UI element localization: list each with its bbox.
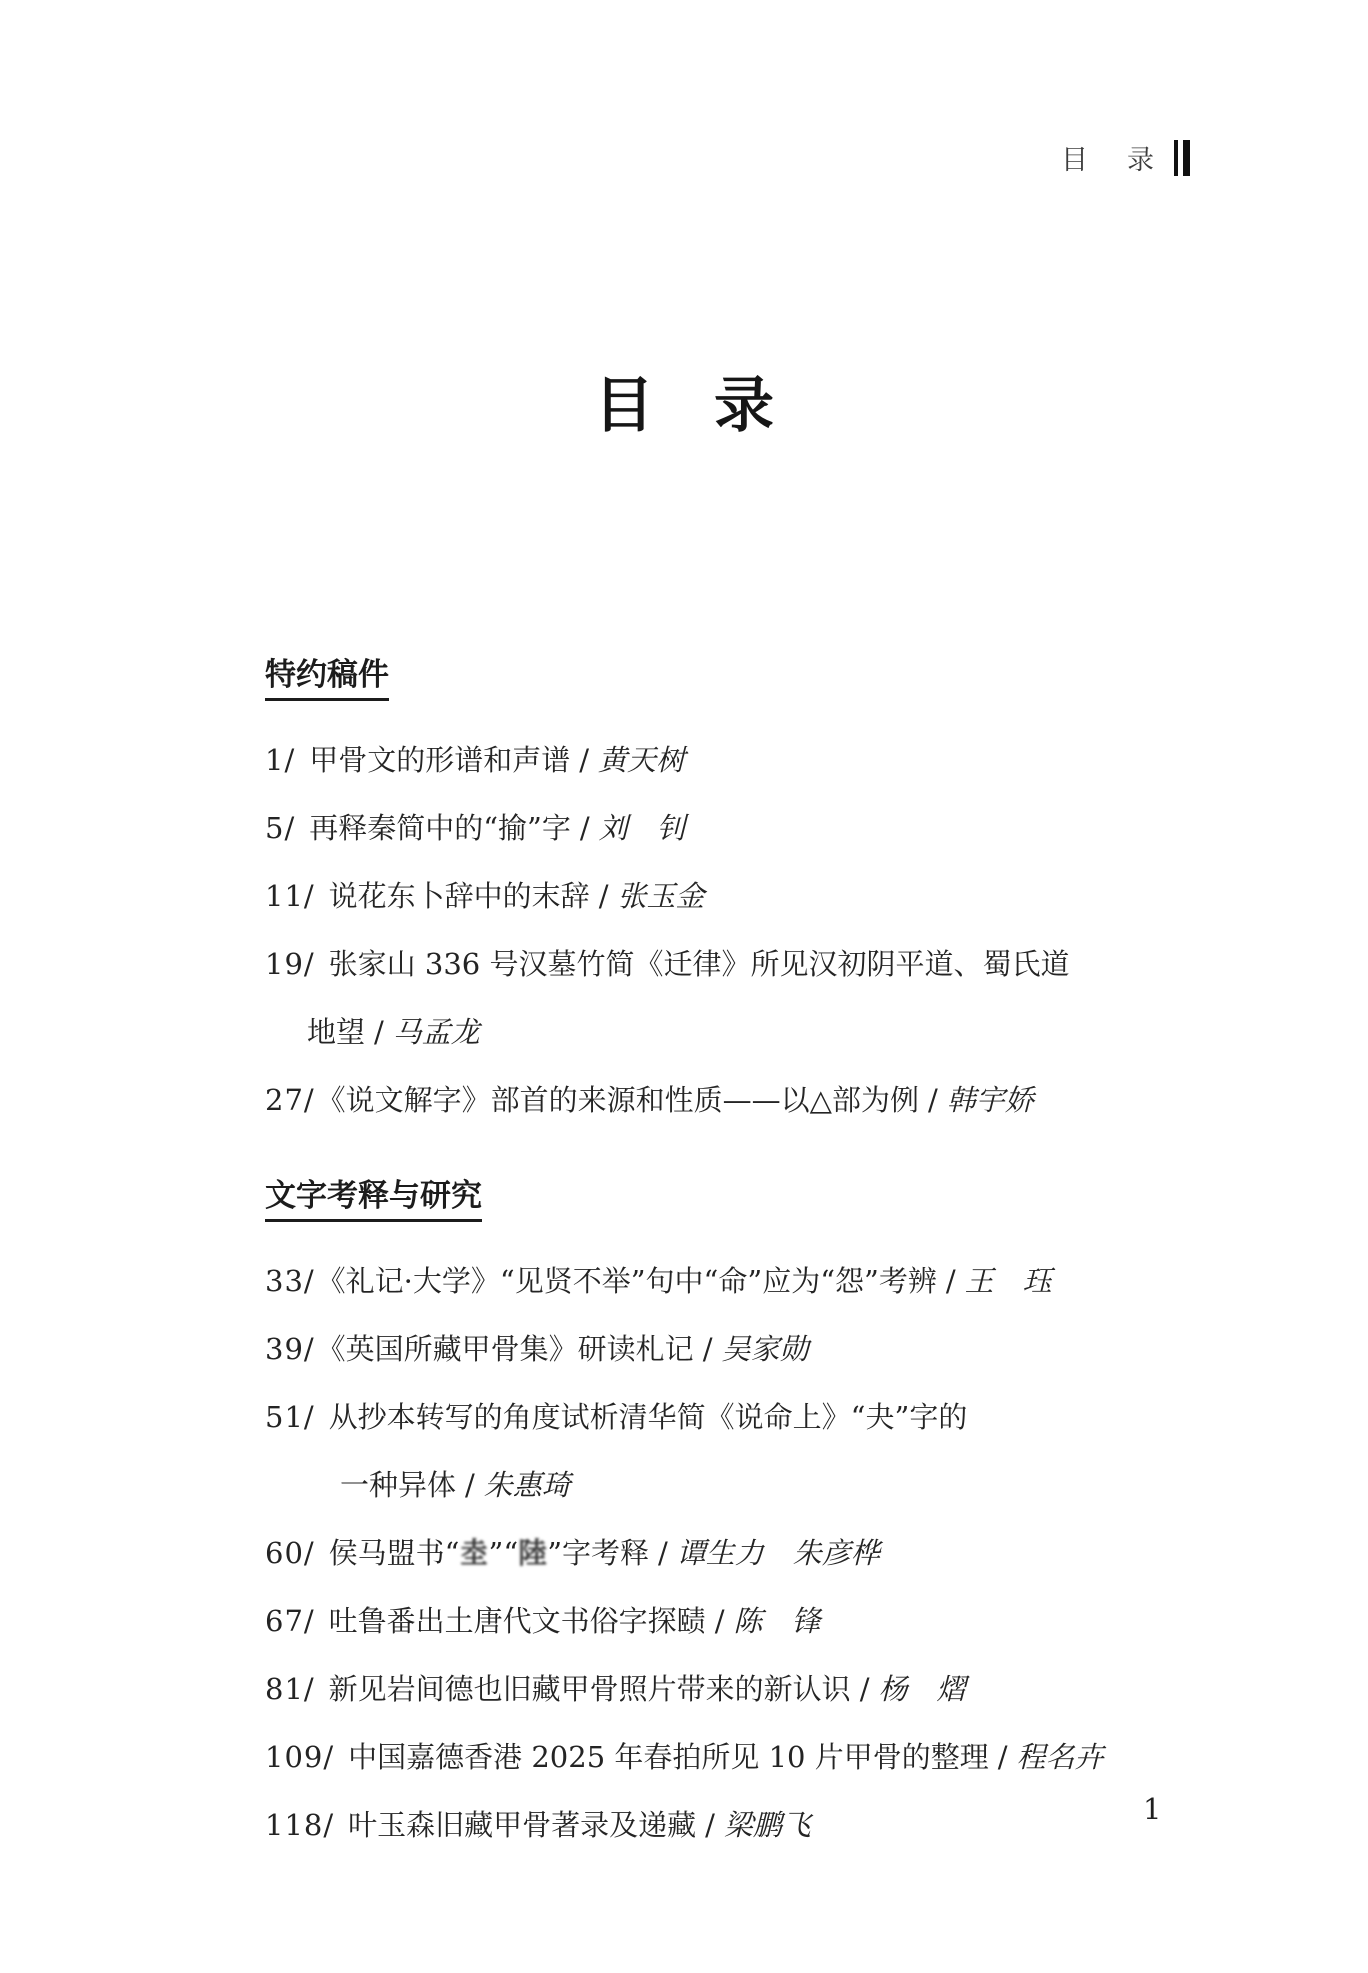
entry-separator: / <box>998 1740 1008 1774</box>
entry-title: 《礼记·大学》“见贤不举”句中“命”应为“怨”考辨 <box>317 1264 937 1298</box>
entry-authors: 程名卉 <box>1016 1740 1103 1774</box>
toc-entry: 11/说花东卜辞中的末辞/张玉金 <box>265 881 1185 912</box>
entry-authors: 谭生力 朱彦桦 <box>677 1536 880 1570</box>
entry-title: 中国嘉德香港 2025 年春拍所见 10 片甲骨的整理 <box>348 1740 989 1774</box>
entry-title: 再释秦简中的“揄”字 <box>309 811 571 845</box>
entry-separator: / <box>599 879 609 913</box>
entry-authors: 张玉金 <box>617 879 704 913</box>
toc-entry: 27/《说文解字》部首的来源和性质——以△部为例/韩宇娇 <box>265 1085 1185 1116</box>
toc-entry-continuation: 一种异体/朱惠琦 <box>265 1470 1185 1501</box>
toc-entry: 33/《礼记·大学》“见贤不举”句中“命”应为“怨”考辨/王 珏 <box>265 1266 1185 1297</box>
running-header: 目 录 <box>1061 138 1190 177</box>
toc-entry: 67/吐鲁番出土唐代文书俗字探赜/陈 锋 <box>265 1606 1185 1637</box>
entry-authors: 梁鹏飞 <box>724 1808 811 1842</box>
entry-page-number: 11/ <box>265 879 315 913</box>
entry-title: 《说文解字》部首的来源和性质——以△部为例 <box>317 1083 919 1117</box>
entry-title: 张家山 336 号汉墓竹简《迁律》所见汉初阴平道、蜀氏道 <box>329 947 1070 981</box>
entry-authors: 王 珏 <box>965 1264 1052 1298</box>
entry-separator: / <box>705 1808 715 1842</box>
entry-authors: 马孟龙 <box>393 1015 480 1049</box>
entry-title: 从抄本转写的角度试析清华简《说命上》“夬”字的 <box>329 1400 968 1434</box>
entry-authors: 黄天树 <box>598 743 685 777</box>
entry-page-number: 5/ <box>265 811 295 845</box>
entry-separator: / <box>715 1604 725 1638</box>
toc-entry: 81/新见岩间德也旧藏甲骨照片带来的新认识/杨 熠 <box>265 1674 1185 1705</box>
entry-title: 吐鲁番出土唐代文书俗字探赜 <box>329 1604 706 1638</box>
running-header-title: 目 录 <box>1061 138 1160 177</box>
entry-separator: / <box>465 1468 475 1502</box>
entry-separator: / <box>374 1015 384 1049</box>
toc-entry: 39/《英国所藏甲骨集》研读札记/吴家勋 <box>265 1334 1185 1365</box>
entry-page-number: 60/ <box>265 1536 315 1570</box>
entry-title: 说花东卜辞中的末辞 <box>329 879 590 913</box>
toc-entry-continuation: 地望/马孟龙 <box>265 1017 1185 1048</box>
rare-character-glyph: 陸 <box>518 1536 547 1570</box>
entry-separator: / <box>928 1083 938 1117</box>
toc-entry: 118/叶玉森旧藏甲骨著录及递藏/梁鹏飞 <box>265 1810 1185 1841</box>
entry-separator: / <box>703 1332 713 1366</box>
entry-page-number: 81/ <box>265 1672 315 1706</box>
entry-authors: 陈 锋 <box>733 1604 820 1638</box>
entry-page-number: 27/ <box>265 1083 315 1117</box>
entry-title-continued: 一种异体 <box>340 1468 456 1502</box>
entry-title-continued: 地望 <box>307 1015 365 1049</box>
entry-page-number: 118/ <box>265 1808 334 1842</box>
entry-authors: 韩宇娇 <box>947 1083 1034 1117</box>
section-heading-special-contributions: 特约稿件 <box>265 660 389 701</box>
folio-page-number: 1 <box>1143 1792 1161 1826</box>
entry-title-part: ”“ <box>489 1536 519 1570</box>
double-bar-left <box>1174 140 1178 176</box>
entry-page-number: 109/ <box>265 1740 334 1774</box>
toc-entry: 51/从抄本转写的角度试析清华简《说命上》“夬”字的 <box>265 1402 1185 1433</box>
toc-content: 特约稿件 1/甲骨文的形谱和声谱/黄天树 5/再释秦简中的“揄”字/刘 钊 11… <box>265 660 1185 1878</box>
toc-entry: 60/侯马盟书“坴”“陸”字考释/谭生力 朱彦桦 <box>265 1538 1185 1569</box>
section-heading-textual-research: 文字考释与研究 <box>265 1181 482 1222</box>
entry-page-number: 1/ <box>265 743 295 777</box>
entry-title: 叶玉森旧藏甲骨著录及递藏 <box>348 1808 696 1842</box>
entry-title-part: ”字考释 <box>547 1536 649 1570</box>
entry-authors: 吴家勋 <box>721 1332 808 1366</box>
entry-page-number: 33/ <box>265 1264 315 1298</box>
entry-separator: / <box>946 1264 956 1298</box>
entry-title: 新见岩间德也旧藏甲骨照片带来的新认识 <box>329 1672 851 1706</box>
entry-page-number: 19/ <box>265 947 315 981</box>
entry-authors: 朱惠琦 <box>484 1468 571 1502</box>
toc-entry: 5/再释秦简中的“揄”字/刘 钊 <box>265 813 1185 844</box>
entry-separator: / <box>860 1672 870 1706</box>
entry-page-number: 39/ <box>265 1332 315 1366</box>
entry-title: 《英国所藏甲骨集》研读札记 <box>317 1332 694 1366</box>
entry-page-number: 51/ <box>265 1400 315 1434</box>
toc-entry: 1/甲骨文的形谱和声谱/黄天树 <box>265 745 1185 776</box>
double-bar-right <box>1183 140 1190 176</box>
entry-title: 甲骨文的形谱和声谱 <box>309 743 570 777</box>
entry-separator: / <box>658 1536 668 1570</box>
toc-entry: 19/张家山 336 号汉墓竹简《迁律》所见汉初阴平道、蜀氏道 <box>265 949 1185 980</box>
entry-separator: / <box>579 743 589 777</box>
toc-entry: 109/中国嘉德香港 2025 年春拍所见 10 片甲骨的整理/程名卉 <box>265 1742 1185 1773</box>
toc-page: 目 录 目 录 特约稿件 1/甲骨文的形谱和声谱/黄天树 5/再释秦简中的“揄”… <box>0 0 1368 1973</box>
entry-authors: 杨 熠 <box>878 1672 965 1706</box>
entry-title-part: 侯马盟书“ <box>329 1536 460 1570</box>
page-title: 目 录 <box>0 358 1368 444</box>
rare-character-glyph: 坴 <box>460 1536 489 1570</box>
entry-authors: 刘 钊 <box>599 811 686 845</box>
double-bar-mark-icon <box>1174 140 1190 176</box>
entry-page-number: 67/ <box>265 1604 315 1638</box>
entry-separator: / <box>580 811 590 845</box>
